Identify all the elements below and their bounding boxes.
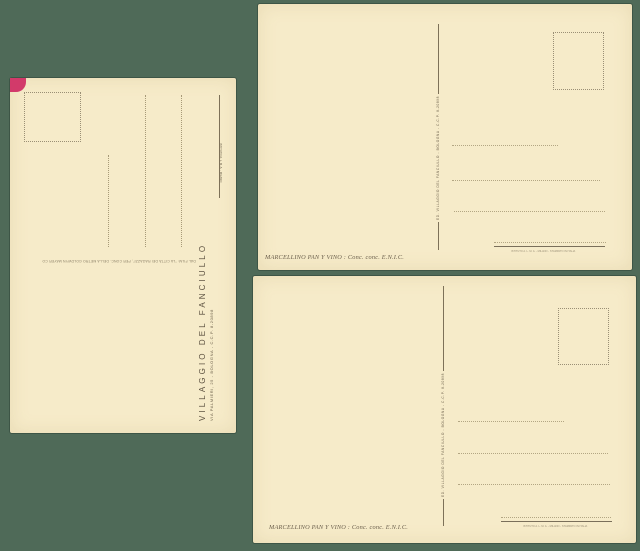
divider-text: ED. VILLAGGIO DEL FANCIULLO - BOLOGNA - … [441, 371, 445, 499]
publisher-title: VILLAGGIO DEL FANCIULLO [198, 243, 207, 421]
address-line-4 [494, 242, 606, 243]
address-line-4 [501, 517, 611, 518]
postcard-top-right: ED. VILLAGGIO DEL FANCIULLO - BOLOGNA - … [258, 4, 632, 270]
address-line-2 [458, 453, 608, 454]
address-line-3 [454, 211, 605, 212]
postcard-left: ISTITUTO A. L. M. A. - MILANO DAL FILM: … [10, 78, 236, 433]
card-caption: MARCELLINO PAN Y VINO : Conc. conc. E.N.… [269, 524, 408, 531]
film-credit: DAL FILM: "LA CITTÀ DEI RAGAZZI", PER CO… [14, 259, 224, 263]
publisher-address: VIA PALMIERI, 25 - BOLOGNA - C.C.P. 8-20… [209, 309, 214, 421]
stamp-box [558, 308, 609, 365]
address-underline [494, 246, 605, 247]
address-line-1 [108, 155, 109, 247]
postcard-bottom-right: ED. VILLAGGIO DEL FANCIULLO - BOLOGNA - … [253, 276, 636, 543]
address-line-2 [452, 180, 600, 181]
address-underline [501, 521, 612, 522]
address-line-2 [145, 95, 146, 247]
stamp-box [553, 32, 604, 90]
address-line-3 [458, 484, 610, 485]
address-line-3 [181, 95, 182, 247]
card-caption: MARCELLINO PAN Y VINO : Conc. conc. E.N.… [265, 254, 404, 261]
address-line-1 [452, 145, 558, 146]
stamp-box [24, 92, 81, 142]
printer-credit: ISTITUTO A. L. M. A. - MILANO [219, 143, 223, 182]
divider-text: ED. VILLAGGIO DEL FANCIULLO - BOLOGNA - … [436, 94, 440, 222]
printer-credit: ISTITUTO A. L. M. A. - MILANO - STAMPATO… [523, 525, 587, 528]
red-ink-mark [10, 78, 26, 92]
printer-credit: ISTITUTO A. L. M. A. - MILANO - STAMPATO… [511, 250, 575, 253]
address-line-1 [458, 421, 564, 422]
